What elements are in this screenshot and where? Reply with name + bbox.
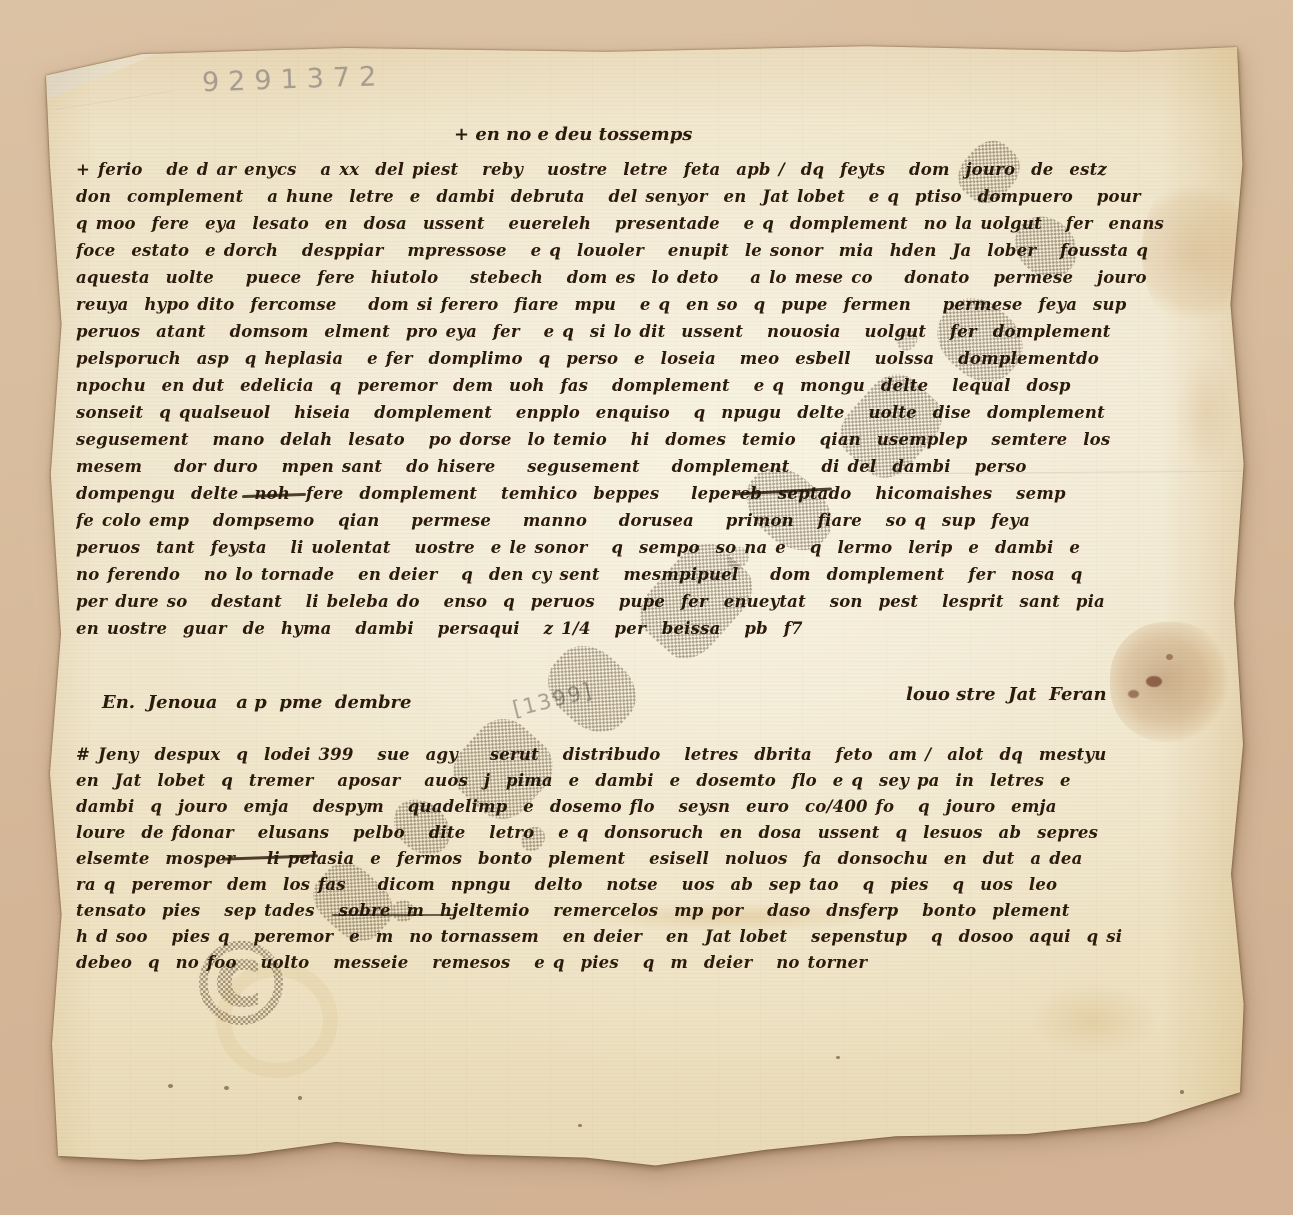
- handwriting-line: dambi q jouro emja despym quadelimp e do…: [76, 794, 1238, 820]
- paper-speck: [168, 1084, 173, 1088]
- handwriting-line: debeo q no foo uolto messeie remesos e q…: [76, 950, 1238, 976]
- handwriting-line: peruos atant domsom elment pro eya fer e…: [76, 318, 1238, 345]
- handwriting-line: don complement a hune letre e dambi debr…: [76, 183, 1238, 210]
- handwriting-line: h d soo pies q peremor e m no tornassem …: [76, 924, 1238, 950]
- handwriting-line: reuya hypo dito fercomse dom si ferero f…: [76, 291, 1238, 318]
- handwriting-line: # Jeny despux q lodei 399 sue agy serut …: [76, 742, 1238, 768]
- manuscript-scan: 9291372 + en no e deu tossemps + ferio d…: [0, 0, 1293, 1215]
- letter-body-block2: # Jeny despux q lodei 399 sue agy serut …: [76, 742, 1238, 976]
- paper-speck: [606, 756, 610, 759]
- inventory-number-annotation: 9291372: [202, 61, 386, 98]
- paper-speck: [298, 1096, 302, 1100]
- handwriting-line: segusement mano delah lesato po dorse lo…: [76, 426, 1238, 453]
- handwriting-line: sonseit q qualseuol hiseia domplement en…: [76, 399, 1238, 426]
- paper-shadow: 9291372 + en no e deu tossemps + ferio d…: [46, 44, 1246, 1170]
- handwriting-line: no ferendo no lo tornade en deier q den …: [76, 561, 1238, 588]
- handwriting-line: mesem dor duro mpen sant do hisere segus…: [76, 453, 1238, 480]
- paper-speck: [224, 1086, 229, 1090]
- handwriting-line: + ferio de d ar enycs a xx del piest reb…: [76, 156, 1238, 183]
- stain-speck-cluster: [1166, 654, 1173, 660]
- stain-speck-cluster: [1146, 676, 1162, 687]
- signature: louo stre Jat Feran: [906, 684, 1107, 705]
- dateline: En. Jenoua a p pme dembre: [102, 692, 412, 713]
- handwriting-line: loure de fdonar elusans pelbo dite letro…: [76, 820, 1238, 846]
- handwriting-line: fe colo emp dompsemo qian permese manno …: [76, 507, 1238, 534]
- paper-speck: [836, 1056, 840, 1059]
- invocation-heading: + en no e deu tossemps: [454, 124, 692, 145]
- handwriting-line: peruos tant feysta li uolentat uostre e …: [76, 534, 1238, 561]
- handwriting-line: pelsporuch asp q heplasia e fer domplimo…: [76, 345, 1238, 372]
- paper-speck: [1180, 1090, 1184, 1094]
- handwriting-line: per dure so destant li beleba do enso q …: [76, 588, 1238, 615]
- handwriting-line: tensato pies sep tades sobre m hjeltemio…: [76, 898, 1238, 924]
- letter-body-block1: + ferio de d ar enycs a xx del piest reb…: [76, 156, 1238, 642]
- paper-speck: [578, 1124, 582, 1127]
- handwriting-line: dompengu delte noh fere domplement temhi…: [76, 480, 1238, 507]
- handwriting-line: q moo fere eya lesato en dosa ussent eue…: [76, 210, 1238, 237]
- crease-line: [55, 91, 174, 112]
- handwriting-line: foce estato e dorch desppiar mpressose e…: [76, 237, 1238, 264]
- stain-speck-cluster: [1128, 690, 1139, 698]
- handwriting-line: aquesta uolte puece fere hiutolo stebech…: [76, 264, 1238, 291]
- handwriting-line: elsemte mosper li pelasia e fermos bonto…: [76, 846, 1238, 872]
- handwriting-line: ra q peremor dem los fas dicom npngu del…: [76, 872, 1238, 898]
- handwriting-line: en uostre guar de hyma dambi persaqui z …: [76, 615, 1238, 642]
- manuscript-paper: 9291372 + en no e deu tossemps + ferio d…: [46, 44, 1246, 1170]
- corner-fold: [46, 52, 166, 100]
- handwriting-line: en Jat lobet q tremer aposar auos j pima…: [76, 768, 1238, 794]
- date-annotation: [1399]: [510, 678, 595, 721]
- faded-stain: [1028, 982, 1158, 1058]
- handwriting-line: npochu en dut edelicia q peremor dem uoh…: [76, 372, 1238, 399]
